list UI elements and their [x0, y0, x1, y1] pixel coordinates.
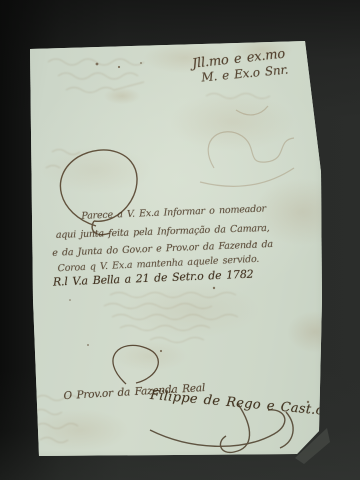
body-line-1: Parece a V. Ex.a Informar o nomeador — [81, 203, 266, 221]
manuscript-page: Jll.mo e ex.mo M. e Ex.o Snr. Parece a V… — [0, 0, 360, 480]
photo-stage: Jll.mo e ex.mo M. e Ex.o Snr. Parece a V… — [0, 0, 360, 480]
body-line-2: aqui junta feita pela Informação da Cama… — [56, 223, 270, 241]
handwriting-layer: Jll.mo e ex.mo M. e Ex.o Snr. Parece a V… — [0, 0, 360, 480]
signature: Filippe de Rego e Cast.o — [149, 388, 324, 419]
